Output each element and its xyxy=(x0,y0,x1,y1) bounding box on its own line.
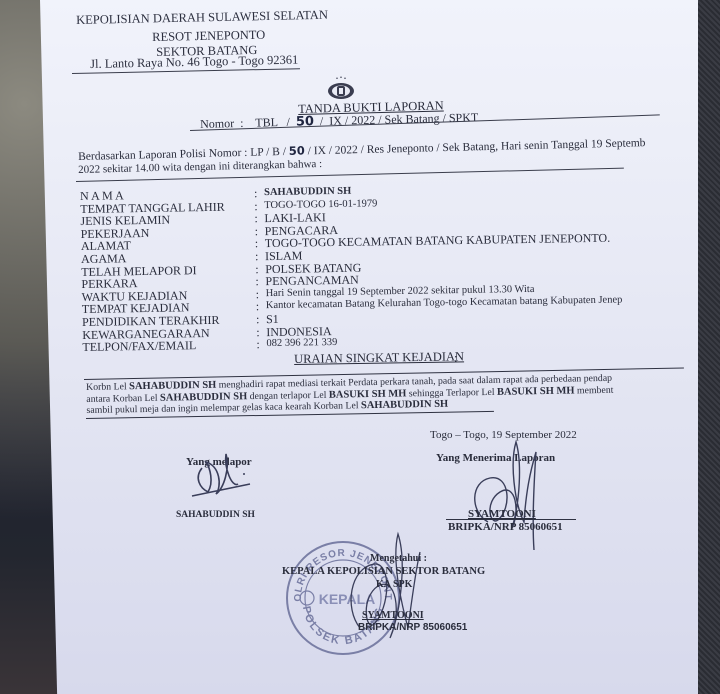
header-resort: RESOT JENEPONTO xyxy=(152,28,265,44)
chief-name: SYAMTOONI xyxy=(362,610,424,621)
summary-name-bold: SAHABUDDIN SH xyxy=(361,399,448,412)
field-value: TOGO-TOGO KECAMATAN BATANG KABUPATEN JEN… xyxy=(265,232,610,250)
stamp-center-text: KEPALA xyxy=(319,591,376,607)
field-value: S1 xyxy=(266,313,279,326)
field-colon: : xyxy=(256,338,260,351)
summary-text: dengan terlapor Lel xyxy=(247,389,329,401)
receiver-signature-title: Yang Menerima Laporan xyxy=(436,452,555,464)
chief-role: KA SPK xyxy=(376,579,412,590)
summary-name-bold: SAHABUDDIN SH xyxy=(129,380,216,393)
summary-text: Korbn Lel xyxy=(86,381,129,393)
chief-nrp: BRIPKA/NRP 85060651 xyxy=(358,622,467,633)
intro-line-1: Berdasarkan Laporan Polisi Nomor : LP / … xyxy=(78,135,646,163)
police-report-document: KEPOLISIAN DAERAH SULAWESI SELATAN RESOT… xyxy=(40,0,698,694)
field-label: TELPON/FAX/EMAIL xyxy=(82,339,196,353)
receiver-nrp: BRIPKA/NRP 85060651 xyxy=(448,521,563,533)
field-colon: : xyxy=(254,187,258,200)
reporter-name: SAHABUDDIN SH xyxy=(176,510,255,520)
intro-handwritten-number: 50 xyxy=(289,143,305,157)
reporter-signature-title: Yang melapor xyxy=(186,456,252,468)
summary-text: antara Korban Lel xyxy=(86,392,160,404)
summary-name-bold: BASUKI SH MH xyxy=(329,388,407,400)
place-date: Togo – Togo, 19 September 2022 xyxy=(430,429,577,441)
acknowledge-label: Mengetahui : xyxy=(370,553,427,564)
reporter-details: N A M A:SAHABUDDIN SHTEMPAT TANGGAL LAHI… xyxy=(80,190,83,354)
summary-colon: : xyxy=(454,351,457,366)
receiver-name: SYAMTOONI xyxy=(468,508,536,520)
field-value: INDONESIA xyxy=(266,325,332,339)
field-value: 082 396 221 339 xyxy=(266,337,337,351)
field-colon: : xyxy=(256,313,260,326)
summary-text: sehingga Terlapor Lel xyxy=(406,386,497,399)
field-colon: : xyxy=(255,250,259,263)
summary-text: membent xyxy=(574,384,613,396)
header-agency: KEPOLISIAN DAERAH SULAWESI SELATAN xyxy=(76,8,328,27)
receiver-signature xyxy=(450,432,560,552)
intro-suffix: / IX / 2022 / Res Jeneponto / Sek Batang… xyxy=(308,137,646,157)
summary-title: URAIAN SINGKAT KEJADIAN xyxy=(294,349,464,367)
chief-title: KEPALA KEPOLISIAN SEKTOR BATANG xyxy=(282,566,485,577)
summary-name-bold: SAHABUDDIN SH xyxy=(160,391,247,404)
field-colon: : xyxy=(254,212,258,225)
summary-name-bold: BASUKI SH MH xyxy=(497,385,575,397)
field-colon: : xyxy=(255,275,259,288)
police-emblem-icon xyxy=(326,76,356,102)
